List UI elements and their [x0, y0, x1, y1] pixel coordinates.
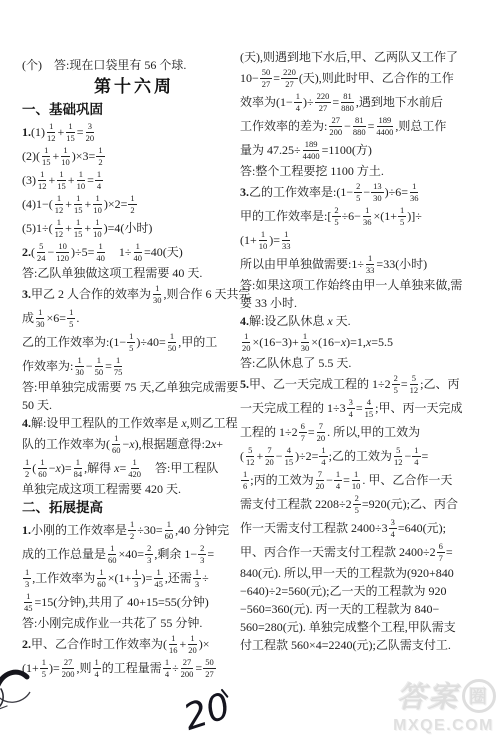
- fraction: 34: [347, 397, 355, 419]
- fraction: 14: [294, 91, 302, 113]
- fraction: 145: [23, 591, 34, 613]
- fraction: 13: [193, 567, 201, 589]
- text-line: −640)÷2=560(元);乙一天的工程款为 920: [240, 582, 500, 600]
- fraction: 115: [56, 169, 67, 191]
- text-line: 10−5027=22027(天),则此时甲、乙合作的工作: [240, 66, 500, 90]
- text-line: 量为 47.25÷1894400=1100(方): [240, 138, 500, 162]
- fraction: 112: [37, 169, 48, 191]
- text-line: 12(160−x)=184,解得 x=1420 答:甲工程队: [22, 456, 246, 480]
- fraction: 25: [354, 181, 362, 203]
- text-line: 答:如果这项工作始终由甲一人单独来做,需: [240, 276, 500, 294]
- handwritten-score-mark: 20: [176, 686, 236, 738]
- fraction: 130: [35, 307, 46, 329]
- fraction: 140: [95, 241, 106, 263]
- fraction: 13: [132, 567, 140, 589]
- fraction: 130: [152, 283, 163, 305]
- fraction: 110: [351, 469, 362, 491]
- text-line: 甲的工作效率是:[25÷6−136×(1+15)]÷: [240, 204, 500, 228]
- text-line: 840(元). 所以,甲一天的工程款为(920+840: [240, 564, 500, 582]
- text-line: 甲、丙合作一天需支付工程款 2400÷267=: [240, 540, 500, 564]
- fraction: 133: [365, 253, 376, 275]
- fraction: 512: [409, 373, 420, 395]
- fraction: 15: [67, 307, 75, 329]
- text-line: 答:甲单独完成需要 75 天,乙单独完成需要: [22, 378, 246, 396]
- text-line: 120×(16−3)+130×(16−x)=1,x=5.5: [240, 330, 500, 354]
- text-line: 50 天.: [22, 396, 246, 414]
- fraction: 160: [111, 433, 122, 455]
- fraction: 13: [23, 567, 31, 589]
- fraction: 524: [36, 241, 47, 263]
- text-line: −560=360(元). 丙一天的工程款为 840−: [240, 600, 500, 618]
- fraction: 160: [107, 543, 118, 565]
- fraction: 145: [153, 567, 164, 589]
- fraction: 112: [54, 193, 65, 215]
- fraction: 140: [132, 241, 143, 263]
- fraction: 136: [362, 205, 373, 227]
- fraction: 160: [37, 457, 48, 479]
- watermark-logo-text: 答案: [397, 675, 459, 716]
- fraction: 115: [65, 121, 76, 143]
- fraction: 110: [60, 145, 71, 167]
- fraction: 27200: [180, 657, 195, 679]
- text-line: 效率为(1−14)÷22027=81880,遇到地下水前后: [240, 90, 500, 114]
- fraction: 14: [412, 445, 420, 467]
- text-line: 所以由甲单独做需要:1÷133=33(小时): [240, 252, 500, 276]
- text-line: (1+15)=27200,则14的工程量需14÷27200=5027: [22, 656, 246, 680]
- fraction: 175: [113, 355, 124, 377]
- fraction: 115: [73, 217, 84, 239]
- fraction: 81880: [352, 115, 367, 137]
- watermark-site-url: MXQE.COM: [393, 716, 500, 738]
- fraction: 22027: [315, 91, 332, 113]
- fraction: 112: [54, 217, 65, 239]
- fraction: 150: [94, 355, 105, 377]
- fraction: 184: [73, 457, 84, 479]
- text-line: 3.乙的工作效率是:(1−25−1330)÷6=136: [240, 180, 500, 204]
- text-line: (4)1−(112+115+110)×2=12: [22, 192, 246, 216]
- fraction: 512: [393, 445, 404, 467]
- text-line: 成130×6=15.: [22, 306, 246, 330]
- fraction: 15: [127, 331, 135, 353]
- fraction: 130: [300, 331, 311, 353]
- fraction: 720: [315, 469, 326, 491]
- right-column: (天),则遇到地下水后,甲、乙两队又工作了10−5027=22027(天),则此…: [240, 48, 500, 654]
- text-line: (3)112+115+110=14: [22, 168, 246, 192]
- watermark-logo-circle-icon: 圈: [462, 679, 496, 713]
- fraction: 1420: [127, 457, 142, 479]
- fraction: 14: [334, 469, 342, 491]
- fraction: 115: [73, 193, 84, 215]
- text-line: 2.甲、乙合作时工作效率为(116+120)×: [22, 632, 246, 656]
- fraction: 120: [241, 331, 252, 353]
- fraction: 81880: [340, 91, 355, 113]
- text-line: 第十六周: [22, 74, 246, 100]
- fraction: 160: [96, 567, 107, 589]
- fraction: 67: [299, 421, 307, 443]
- fraction: 116: [168, 633, 179, 655]
- fraction: 112: [46, 121, 57, 143]
- fraction: 120: [187, 633, 198, 655]
- fraction: 415: [364, 397, 375, 419]
- watermark: 答案 圈 MXQE.COM: [393, 675, 500, 738]
- fraction: 22027: [281, 67, 298, 89]
- fraction: 23: [145, 543, 153, 565]
- fraction: 14: [319, 445, 327, 467]
- fraction: 15: [398, 205, 406, 227]
- fraction: 25: [332, 205, 340, 227]
- fraction: 110: [76, 169, 87, 191]
- text-line: 乙的工作效率为:(1−15)÷40=150,甲的工: [22, 330, 246, 354]
- text-line: 1.(1)112+115=320: [22, 120, 246, 144]
- fraction: 12: [128, 193, 136, 215]
- text-line: 答:乙队单独做这项工程需要 40 天.: [22, 264, 246, 282]
- fraction: 14: [95, 169, 103, 191]
- fraction: 23: [198, 543, 206, 565]
- answer-circle-logo: 答案 圈: [393, 675, 500, 716]
- fraction: 27200: [328, 115, 343, 137]
- fraction: 5027: [203, 657, 216, 679]
- fraction: 10120: [55, 241, 70, 263]
- text-line: (1+110)=133: [240, 228, 500, 252]
- fraction: 1894400: [375, 115, 394, 137]
- text-line: 作效率为:130−150=175: [22, 354, 246, 378]
- text-line: 2.(524−10120)÷5=140 1÷140=40(天): [22, 240, 246, 264]
- text-line: (个) 答:现在口袋里有 56 个球.: [22, 56, 246, 74]
- fraction: 1894400: [302, 139, 321, 161]
- fraction: 720: [264, 445, 275, 467]
- text-line: (天),则遇到地下水后,甲、乙两队又工作了: [240, 48, 500, 66]
- text-line: 成的工作总量是160×40=23,剩余 1−23=: [22, 542, 246, 566]
- fraction: 14: [93, 657, 101, 679]
- text-line: 答:小刚完成作业一共花了 55 分钟.: [22, 614, 246, 632]
- text-line: (512+720−415)÷2=14;乙的工效为512−14=: [240, 444, 500, 468]
- text-line: 要 33 小时.: [240, 294, 500, 312]
- fraction: 34: [389, 517, 397, 539]
- fraction: 160: [164, 519, 175, 541]
- fraction: 110: [92, 193, 103, 215]
- fraction: 14: [163, 657, 171, 679]
- fraction: 720: [316, 421, 327, 443]
- fraction: 110: [258, 229, 269, 251]
- text-line: 145=15(分钟),共用了 40+15=55(分钟): [22, 590, 246, 614]
- text-line: 作一天需支付工程款 2400÷334=640(元);: [240, 516, 500, 540]
- fraction: 25: [353, 493, 361, 515]
- text-line: (5)1÷(112+115+110)=4(小时): [22, 216, 246, 240]
- text-line: (2)(115+110)×3=12: [22, 144, 246, 168]
- fraction: 16: [241, 469, 249, 491]
- fraction: 1330: [371, 181, 384, 203]
- handwritten-score-text: 20: [179, 686, 235, 738]
- fraction: 133: [281, 229, 292, 251]
- text-line: 答:乙队休息了 5.5 天.: [240, 354, 500, 372]
- fraction: 512: [245, 445, 256, 467]
- text-line: 560=280(元). 单独完成整个工程,甲队需支: [240, 618, 500, 636]
- fraction: 415: [284, 445, 295, 467]
- text-line: 工作效率的差为:27200−81880=1894400,则总工作: [240, 114, 500, 138]
- fraction: 320: [85, 121, 96, 143]
- text-line: 答:整个工程要挖 1100 方土.: [240, 162, 500, 180]
- fraction: 12: [23, 457, 31, 479]
- fraction: 12: [96, 145, 104, 167]
- text-line: 4.解:设甲工程队的工作效率是 x,则乙工程: [22, 414, 246, 432]
- fraction: 27200: [61, 657, 76, 679]
- fraction: 136: [409, 181, 420, 203]
- text-line: 3.甲乙 2 人合作的效率为130,则合作 6 天共完: [22, 282, 246, 306]
- text-line: 一、基础巩固: [22, 100, 246, 120]
- text-line: 5.甲、乙一天完成工程的 1÷225=512;乙、丙: [240, 372, 500, 396]
- fraction: 67: [437, 541, 445, 563]
- text-line: 16;丙的工效为720−14=110. 甲、乙合作一天: [240, 468, 500, 492]
- fraction: 115: [41, 145, 52, 167]
- workbook-answer-page: (个) 答:现在口袋里有 56 个球.第十六周一、基础巩固1.(1)112+11…: [0, 0, 500, 738]
- fraction: 12: [128, 519, 136, 541]
- fraction: 110: [92, 217, 103, 239]
- fraction: 150: [167, 331, 178, 353]
- left-column: (个) 答:现在口袋里有 56 个球.第十六周一、基础巩固1.(1)112+11…: [22, 56, 246, 680]
- text-line: 一天完成工程的 1÷334=415;甲、丙一天完成: [240, 396, 500, 420]
- text-line: 付工程款 560×4=2240(元);乙队需支付工.: [240, 636, 500, 654]
- text-line: 1.小刚的工作效率是12÷30=160,40 分钟完: [22, 518, 246, 542]
- text-line: 队的工作效率为(160−x),根据题意得:2x+: [22, 432, 246, 456]
- text-line: 单独完成这项工程需要 420 天.: [22, 480, 246, 498]
- text-line: 13,工作效率为160×(1+13)=145,还需13÷: [22, 566, 246, 590]
- text-line: 需支付工程款 2208÷225=920(元);乙、丙合: [240, 492, 500, 516]
- fraction: 25: [392, 373, 400, 395]
- text-line: 4.解:设乙队休息 x 天.: [240, 312, 500, 330]
- fraction: 130: [74, 355, 85, 377]
- text-line: 工程的 1÷267=720. 所以,甲的工效为: [240, 420, 500, 444]
- text-line: 二、拓展提高: [22, 498, 246, 518]
- handwritten-corner-scribble: [0, 663, 42, 719]
- fraction: 5027: [260, 67, 273, 89]
